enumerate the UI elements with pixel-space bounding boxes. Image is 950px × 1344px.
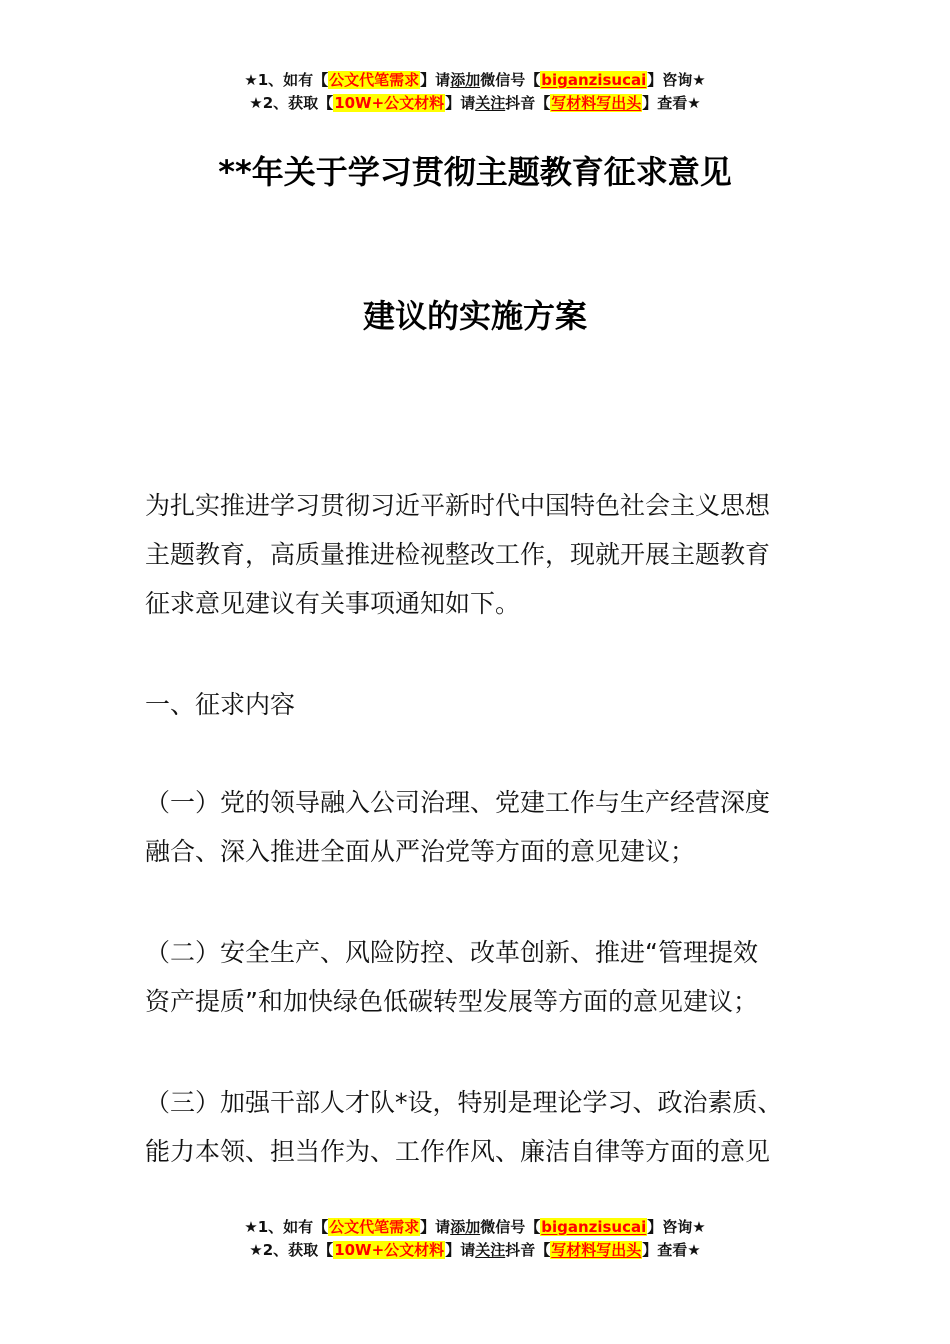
paragraph-line: 能力本领、担当作为、工作作风、廉洁自律等方面的意见 <box>145 1127 809 1176</box>
banner-text: 】请 <box>445 1241 475 1259</box>
banner-text: 1、如有【 <box>258 1218 328 1236</box>
banner-text: 2、获取【 <box>263 1241 333 1259</box>
banner-text: 】查看★ <box>642 1241 700 1259</box>
list-item-2: （二）安全生产、风险防控、改革创新、推进“管理提效 资产提质”和加快绿色低碳转型… <box>145 928 809 1026</box>
highlight-materials: 10W+公文材料 <box>333 1241 445 1259</box>
banner-text: 微信号【 <box>480 1218 540 1236</box>
star-icon: ★ <box>249 1241 262 1259</box>
banner-line-2: ★2、获取【10W+公文材料】请关注抖音【写材料写出头】查看★ <box>0 1239 950 1262</box>
star-icon: ★ <box>244 1218 257 1236</box>
paragraph-line: 征求意见建议有关事项通知如下。 <box>145 579 809 628</box>
paragraph-line: 融合、深入推进全面从严治党等方面的意见建议； <box>145 827 809 876</box>
underlined-add: 添加 <box>450 1218 480 1236</box>
paragraph-line: （三）加强干部人才队*设，特别是理论学习、政治素质、 <box>145 1078 809 1127</box>
footer-banner: ★1、如有【公文代笔需求】请添加微信号【biganzisucai】咨询★ ★2、… <box>0 1216 950 1262</box>
banner-line-1: ★1、如有【公文代笔需求】请添加微信号【biganzisucai】咨询★ <box>0 1216 950 1239</box>
paragraph-line: 资产提质”和加快绿色低碳转型发展等方面的意见建议； <box>145 977 809 1026</box>
document-body: 为扎实推进学习贯彻习近平新时代中国特色社会主义思想 主题教育，高质量推进检视整改… <box>145 0 809 1344</box>
list-item-3: （三）加强干部人才队*设，特别是理论学习、政治素质、 能力本领、担当作为、工作作… <box>145 1078 809 1176</box>
paragraph-line: 为扎实推进学习贯彻习近平新时代中国特色社会主义思想 <box>145 481 809 530</box>
underlined-follow: 关注 <box>475 1241 505 1259</box>
banner-text: 】咨询★ <box>647 1218 705 1236</box>
banner-text: 抖音【 <box>505 1241 550 1259</box>
paragraph-line: （二）安全生产、风险防控、改革创新、推进“管理提效 <box>145 928 809 977</box>
banner-text: 】请 <box>420 1218 450 1236</box>
intro-paragraph: 为扎实推进学习贯彻习近平新时代中国特色社会主义思想 主题教育，高质量推进检视整改… <box>145 481 809 628</box>
highlight-service: 公文代笔需求 <box>328 1218 420 1236</box>
douyin-account-link[interactable]: 写材料写出头 <box>550 1241 642 1259</box>
wechat-id-link[interactable]: biganzisucai <box>540 1218 647 1236</box>
paragraph-line: （一）党的领导融入公司治理、党建工作与生产经营深度 <box>145 778 809 827</box>
section-heading: 一、征求内容 <box>145 680 809 729</box>
paragraph-line: 主题教育，高质量推进检视整改工作，现就开展主题教育 <box>145 530 809 579</box>
list-item-1: （一）党的领导融入公司治理、党建工作与生产经营深度 融合、深入推进全面从严治党等… <box>145 778 809 876</box>
